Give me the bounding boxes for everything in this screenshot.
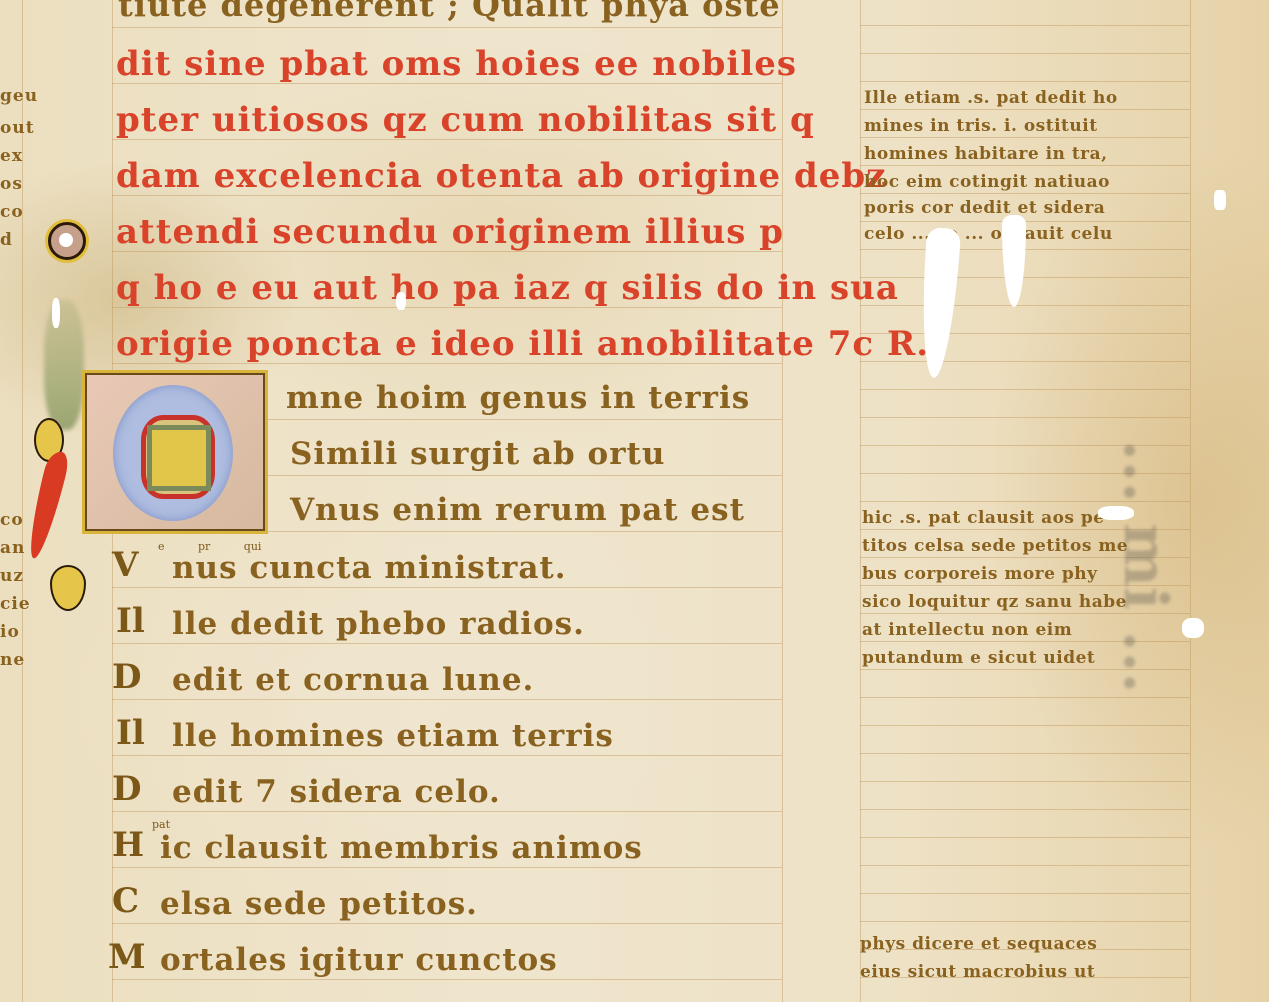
- parchment-hole: [1214, 190, 1226, 210]
- margin-fragment: out: [0, 118, 35, 138]
- rubric-line: q ho e eu aut ho pa iaz q silis do in su…: [116, 268, 899, 308]
- gloss-line: titos celsa sede petitos me: [862, 536, 1128, 556]
- parchment-hole: [1182, 618, 1204, 638]
- parchment-hole: [52, 298, 60, 328]
- gloss-line: hoc eim cotingit natiuao: [864, 172, 1110, 192]
- ruling-line: [860, 305, 1190, 306]
- gloss-line: at intellectu non eim: [862, 620, 1072, 640]
- parchment-hole: [396, 292, 406, 310]
- margin-fragment: co: [0, 510, 24, 530]
- gloss-line: poris cor dedit et sidera: [864, 198, 1105, 218]
- ruling-line: [860, 25, 1190, 26]
- gloss-line: hic .s. pat clausit aos pe: [862, 508, 1105, 528]
- ruling-line: [1190, 0, 1191, 1002]
- verse-initial: M: [108, 937, 146, 977]
- initial-blue-oval: [113, 385, 233, 521]
- margin-fragment: ne: [0, 650, 25, 670]
- ruling-line: [860, 781, 1190, 782]
- margin-fragment: cie: [0, 594, 31, 614]
- verse-line: ortales igitur cunctos: [160, 942, 558, 978]
- verse-initial: H: [112, 825, 144, 865]
- ruling-line: [860, 725, 1190, 726]
- margin-fragment: co: [0, 202, 24, 222]
- verse-line: mne hoim genus in terris: [286, 380, 750, 416]
- verse-line: edit 7 sidera celo.: [172, 774, 501, 810]
- ruling-line: [860, 753, 1190, 754]
- ruling-line: [860, 193, 1190, 194]
- verse-initial: Il: [116, 713, 145, 753]
- ruling-line: [860, 81, 1190, 82]
- ruling-line: [782, 0, 783, 1002]
- gloss-line: Ille etiam .s. pat dedit ho: [864, 88, 1118, 108]
- ruling-line: [860, 109, 1190, 110]
- ruling-line: [860, 893, 1190, 894]
- ruling-line: [112, 979, 782, 980]
- ruling-line: [112, 811, 782, 812]
- gloss-line: homines habitare in tra,: [864, 144, 1108, 164]
- ink-bleed-through: ... mi ...: [1110, 440, 1180, 693]
- rubric-line: origie poncta e ideo illi anobilitate 7c…: [116, 324, 929, 364]
- ruling-line: [112, 867, 782, 868]
- verse-line: Simili surgit ab ortu: [290, 436, 665, 472]
- ruling-line: [112, 27, 782, 28]
- margin-fragment: geu: [0, 86, 38, 106]
- rubric-line: tiute degenerent ; Qualit phya oste: [118, 0, 781, 24]
- parchment-hole: [1098, 506, 1134, 520]
- verse-line: nus cuncta ministrat.: [172, 550, 567, 586]
- gloss-line: bus corporeis more phy: [862, 564, 1097, 584]
- ruling-line: [860, 165, 1190, 166]
- verse-initial: V: [112, 545, 138, 585]
- ruling-line: [860, 809, 1190, 810]
- illumination-stem: [44, 300, 84, 430]
- verse-line: lle homines etiam terris: [172, 718, 614, 754]
- verse-initial: C: [112, 881, 139, 921]
- ruling-line: [112, 923, 782, 924]
- verse-initial: D: [112, 657, 141, 697]
- gloss-line: celo ... ro ... ornauit celu: [864, 224, 1113, 244]
- margin-fragment: io: [0, 622, 20, 642]
- verse-line: elsa sede petitos.: [160, 886, 478, 922]
- gloss-line: mines in tris. i. ostituit: [864, 116, 1098, 136]
- ruling-line: [860, 0, 861, 1002]
- margin-fragment: an: [0, 538, 25, 558]
- gloss-line: sico loquitur qz sanu habe: [862, 592, 1127, 612]
- gloss-line: putandum e sicut uidet: [862, 648, 1095, 668]
- verse-initial: D: [112, 769, 141, 809]
- ruling-line: [112, 587, 782, 588]
- rubric-line: dam excelencia otenta ab origine debz: [116, 156, 886, 196]
- gloss-line: phys dicere et sequaces: [860, 934, 1097, 954]
- margin-fragment: uz: [0, 566, 24, 586]
- rubric-line: attendi secundu originem illius p: [116, 212, 784, 252]
- ruling-line: [860, 137, 1190, 138]
- ruling-line: [860, 865, 1190, 866]
- ruling-line: [112, 643, 782, 644]
- margin-fragment: os: [0, 174, 23, 194]
- ruling-line: [860, 277, 1190, 278]
- ruling-line: [860, 921, 1190, 922]
- verse-line: ic clausit membris animos: [160, 830, 643, 866]
- margin-fragment: d: [0, 230, 13, 250]
- ruling-line: [860, 389, 1190, 390]
- verse-initial: Il: [116, 601, 145, 641]
- verse-line: lle dedit phebo radios.: [172, 606, 585, 642]
- rubric-line: dit sine pbat oms hoies ee nobiles: [116, 44, 797, 84]
- gold-ring-ornament: [48, 222, 86, 260]
- verse-line: edit et cornua lune.: [172, 662, 534, 698]
- initial-gold-center: [147, 425, 211, 491]
- ruling-line: [860, 417, 1190, 418]
- ruling-line: [860, 697, 1190, 698]
- rubric-line: pter uitiosos qz cum nobilitas sit q: [116, 100, 815, 140]
- verse-line: Vnus enim rerum pat est: [290, 492, 745, 528]
- illuminated-initial-O: [82, 370, 268, 534]
- gloss-line: eius sicut macrobius ut: [860, 962, 1095, 982]
- ruling-line: [860, 53, 1190, 54]
- ruling-line: [860, 837, 1190, 838]
- ruling-line: [112, 755, 782, 756]
- margin-fragment: ex: [0, 146, 23, 166]
- ruling-line: [112, 699, 782, 700]
